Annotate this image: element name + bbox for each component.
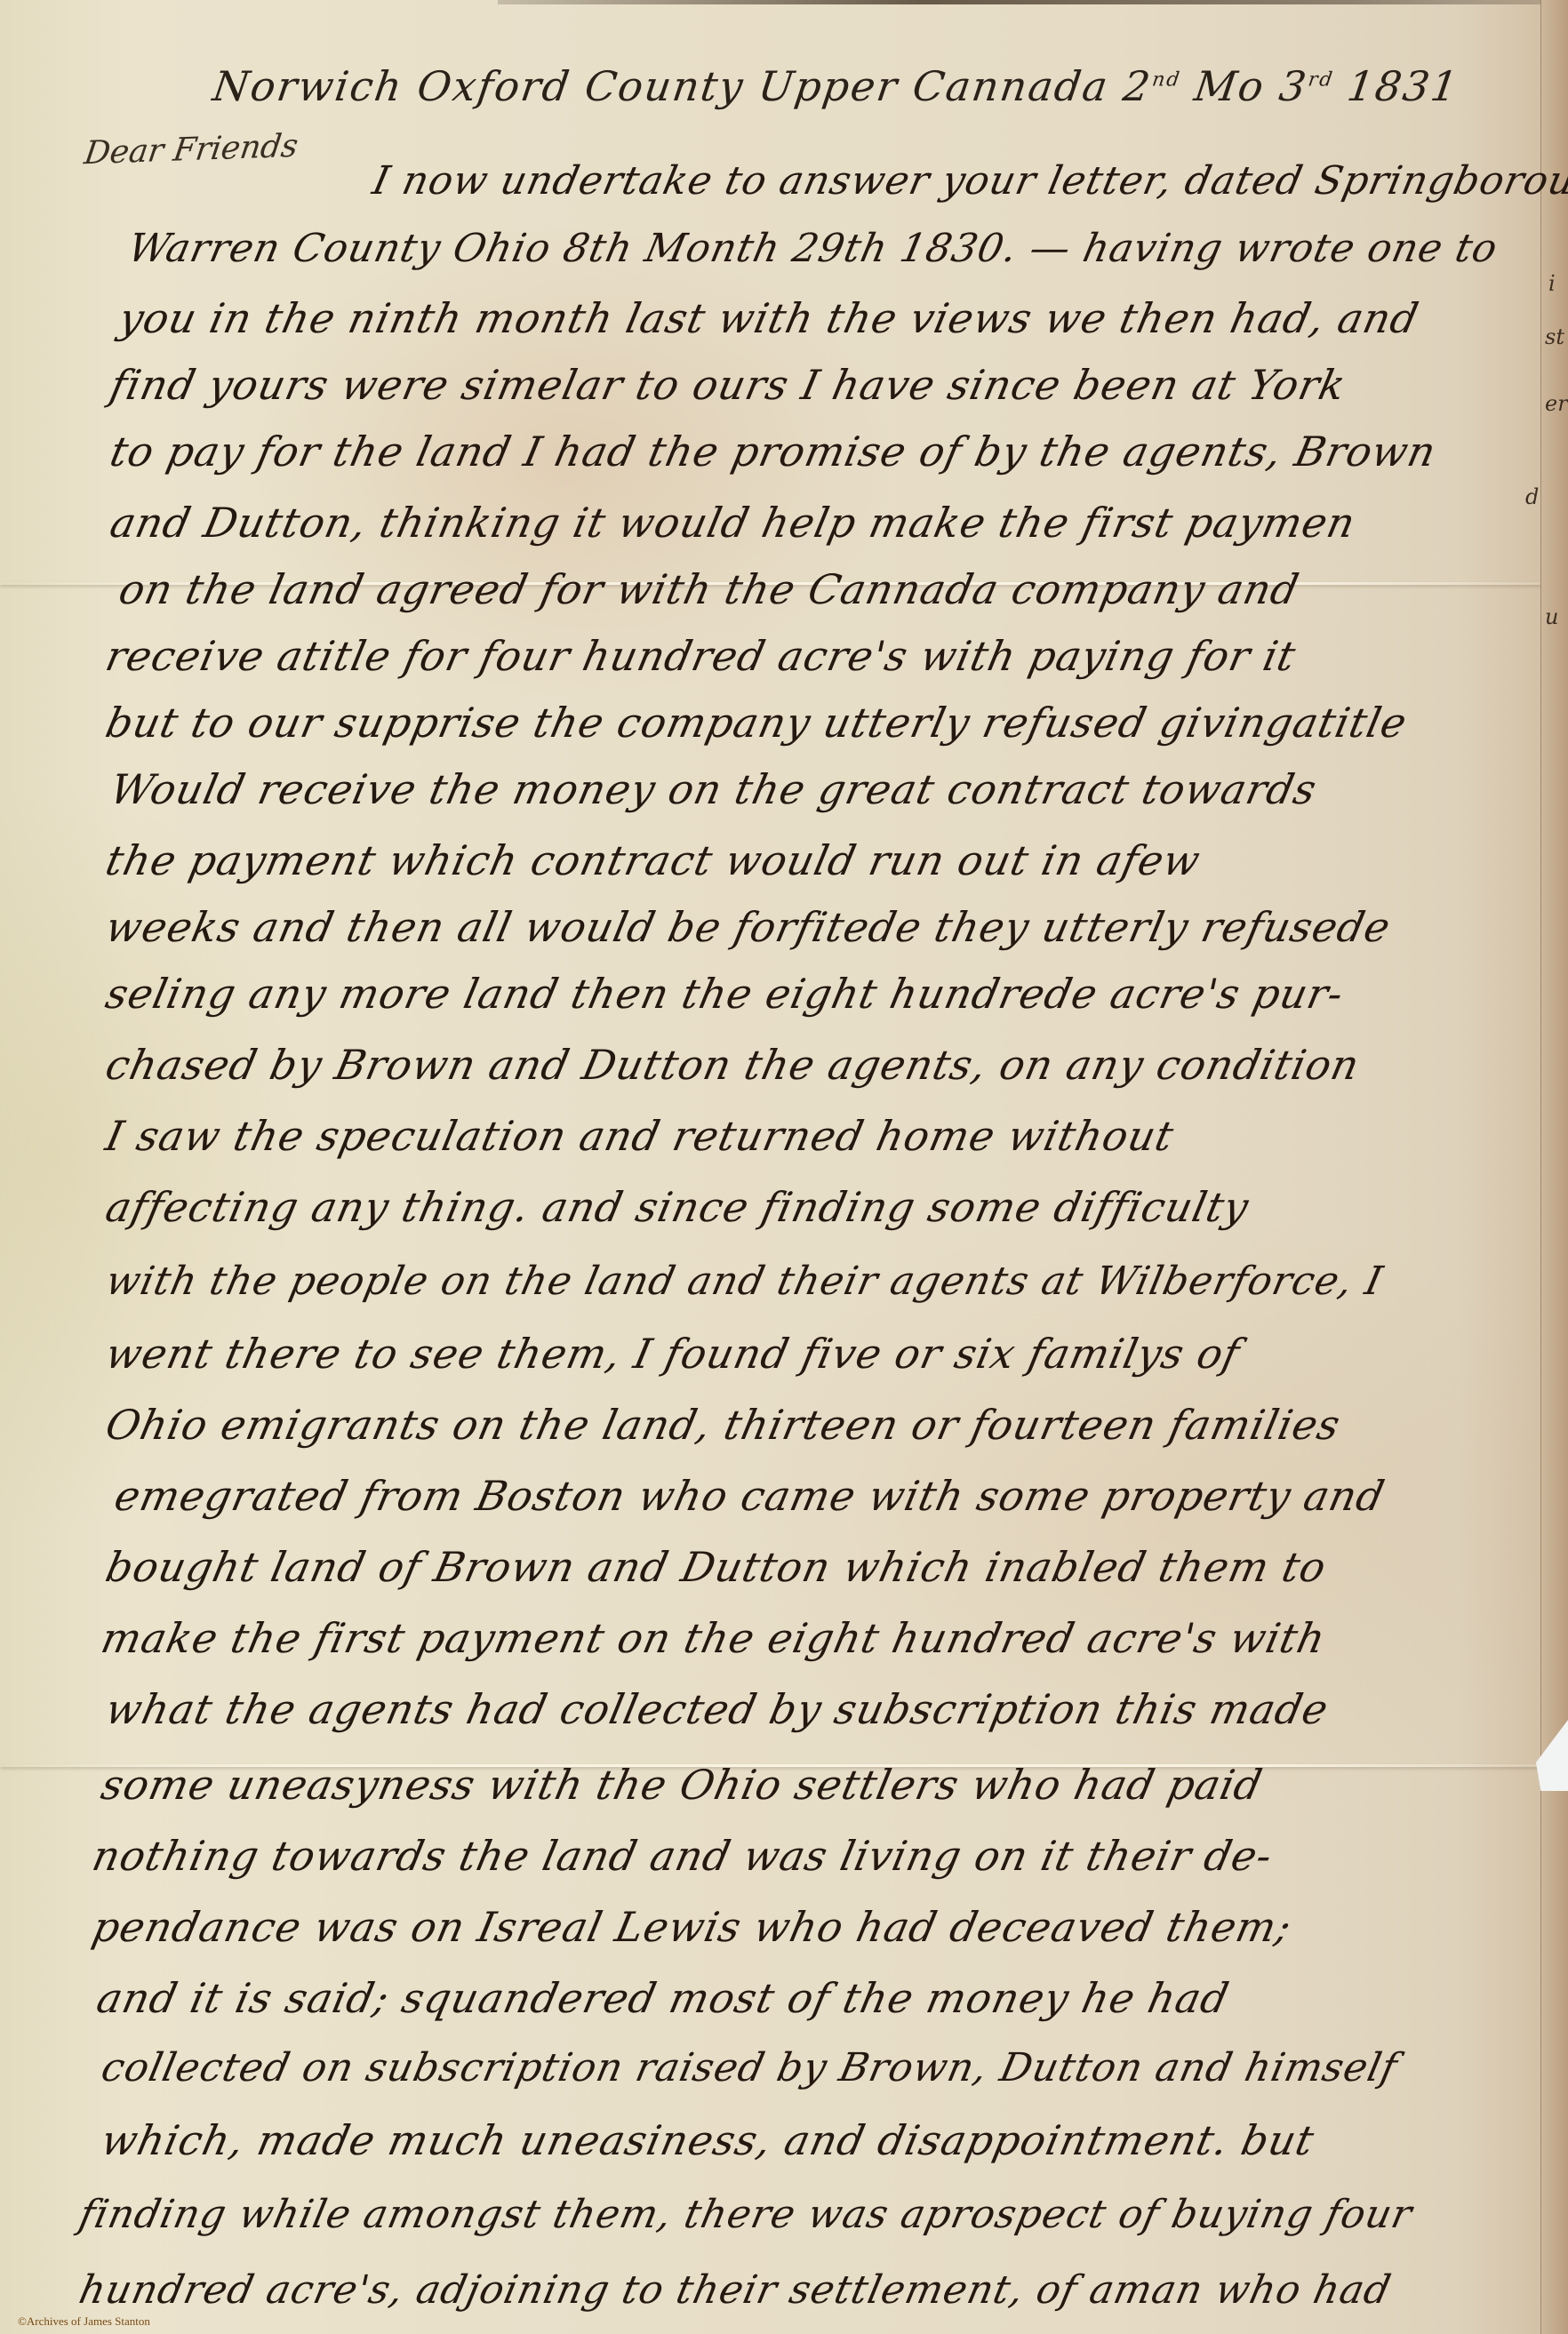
margin-fragment: er — [1545, 391, 1568, 416]
letter-line: I now undertake to answer your letter, d… — [369, 162, 1568, 201]
letter-line: Warren County Ohio 8th Month 29th 1830. … — [124, 229, 1500, 268]
letter-line: the payment which contract would run out… — [102, 840, 1204, 881]
letter-heading: Norwich Oxford County Upper Cannada 2nd … — [210, 62, 1462, 110]
heading-day-suffix: nd — [1150, 69, 1182, 92]
heading-month: 3 — [1276, 62, 1311, 110]
copyright-watermark: ©Archives of James Stanton — [18, 2314, 150, 2329]
letter-line: finding while amongst them, there was ap… — [76, 2195, 1415, 2234]
margin-fragment: d — [1525, 484, 1539, 509]
letter-body: Norwich Oxford County Upper Cannada 2nd … — [0, 0, 1568, 2334]
letter-line: nothing towards the land and was living … — [89, 1835, 1276, 1876]
letter-line: which, made much uneasiness, and disappo… — [98, 2120, 1318, 2161]
letter-line: receive atitle for four hundred acre's w… — [102, 635, 1300, 676]
heading-month-suffix: rd — [1307, 69, 1335, 92]
letter-line: hundred acre's, adjoining to their settl… — [76, 2271, 1395, 2310]
heading-day: 2 — [1120, 62, 1155, 110]
margin-fragment: u — [1545, 604, 1558, 629]
letter-line: affecting any thing. and since finding s… — [102, 1187, 1252, 1227]
letter-line: find yours were simelar to ours I have s… — [107, 364, 1349, 405]
heading-year: 1831 — [1344, 62, 1462, 110]
letter-line: emegrated from Boston who came with some… — [111, 1475, 1388, 1516]
margin-fragment: st — [1545, 324, 1564, 349]
letter-line: bought land of Brown and Dutton which in… — [102, 1547, 1330, 1587]
letter-line: and Dutton, thinking it would help make … — [107, 502, 1359, 543]
margin-fragment: i — [1548, 271, 1556, 296]
heading-month-abbrev: Mo — [1191, 62, 1268, 110]
letter-line: some uneasyness with the Ohio settlers w… — [98, 1764, 1266, 1805]
letter-line: chased by Brown and Dutton the agents, o… — [102, 1044, 1364, 1085]
letter-line: weeks and then all would be forfitede th… — [102, 907, 1395, 947]
letter-page: Norwich Oxford County Upper Cannada 2nd … — [0, 0, 1568, 2334]
letter-line: Would receive the money on the great con… — [107, 769, 1320, 810]
letter-line: you in the ninth month last with the vie… — [116, 298, 1422, 339]
letter-line: and it is said; squandered most of the m… — [93, 1978, 1233, 2018]
letter-line: collected on subscription raised by Brow… — [98, 2049, 1401, 2088]
letter-line: make the first payment on the eight hund… — [98, 1618, 1329, 1659]
letter-line: to pay for the land I had the promise of… — [107, 431, 1440, 472]
letter-line: Ohio emigrants on the land, thirteen or … — [102, 1404, 1344, 1445]
letter-line: with the people on the land and their ag… — [102, 1262, 1386, 1301]
letter-line: went there to see them, I found five or … — [102, 1333, 1244, 1374]
heading-place: Norwich Oxford County Upper Cannada — [210, 62, 1112, 110]
letter-line: but to our supprise the company utterly … — [102, 702, 1411, 743]
salutation: Dear Friends — [82, 128, 300, 172]
letter-line: seling any more land then the eight hund… — [102, 973, 1348, 1014]
letter-line: what the agents had collected by subscri… — [102, 1689, 1332, 1730]
letter-line: on the land agreed for with the Cannada … — [116, 569, 1302, 610]
letter-line: pendance was on Isreal Lewis who had dec… — [89, 1906, 1295, 1947]
letter-line: I saw the speculation and returned home … — [102, 1115, 1178, 1156]
